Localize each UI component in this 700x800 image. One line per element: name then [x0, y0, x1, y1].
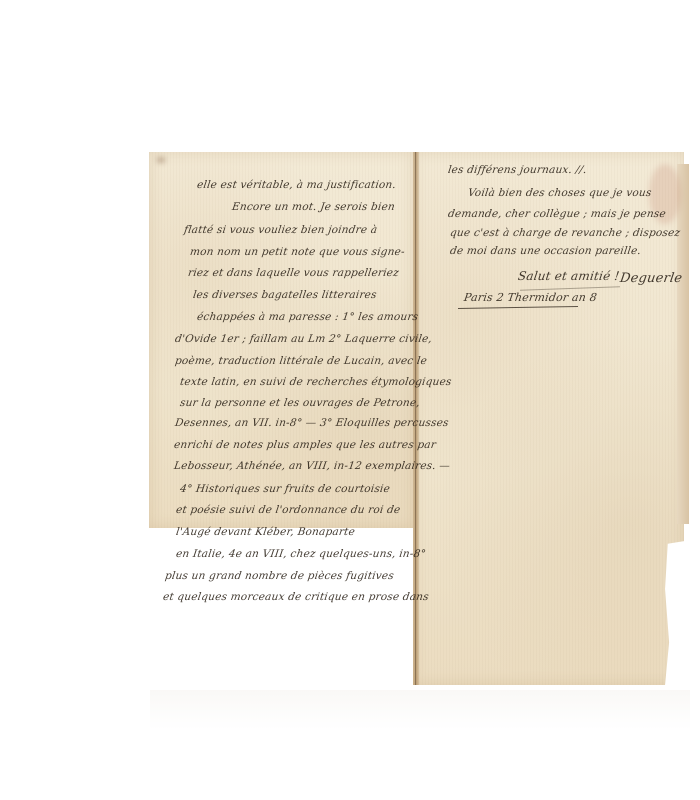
left-line-2: Encore un mot. Je serois bien — [231, 202, 395, 213]
left-line-18: en Italie, 4e an VIII, chez quelques-uns… — [175, 549, 426, 560]
left-line-20: et quelques morceaux de critique en pros… — [162, 592, 429, 603]
left-line-12: Desennes, an VII. in-8° — 3° Eloquilles … — [174, 418, 449, 429]
left-line-13: enrichi de notes plus amples que les aut… — [173, 440, 436, 451]
right-line-2: Voilà bien des choses que je vous — [467, 188, 652, 199]
left-line-3: flatté si vous vouliez bien joindre à — [183, 225, 378, 236]
left-line-6: les diverses bagatelles litteraires — [192, 290, 377, 301]
left-line-7: échappées à ma paresse : 1° les amours — [196, 312, 419, 323]
left-line-9: poème, traduction littérale de Lucain, a… — [174, 356, 427, 367]
signature: Deguerle — [619, 272, 683, 285]
left-line-19: plus un grand nombre de pièces fugitives — [164, 571, 394, 582]
left-line-16: et poésie suivi de l'ordonnance du roi d… — [175, 505, 401, 516]
bleed-through-shadow — [150, 690, 690, 730]
closing-salutation: Salut et amitié ! — [517, 270, 620, 282]
paper-edge-strip — [677, 164, 689, 524]
right-line-1: les différens journaux. //. — [447, 165, 587, 176]
left-line-5: riez et dans laquelle vous rappelleriez — [187, 268, 399, 279]
left-line-15: 4° Historiques sur fruits de courtoisie — [179, 484, 390, 495]
dateline: Paris 2 Thermidor an 8 — [463, 292, 598, 303]
right-line-5: de moi dans une occasion pareille. — [449, 246, 641, 257]
left-line-17: l'Augé devant Kléber, Bonaparte — [175, 527, 355, 538]
left-line-4: mon nom un petit note que vous signe- — [189, 247, 405, 258]
right-line-3: demande, cher collègue ; mais je pense — [447, 209, 666, 220]
left-line-11: sur la personne et les ouvrages de Petro… — [179, 398, 420, 409]
ink-speck — [157, 158, 165, 162]
left-line-1: elle est véritable, à ma justification. — [196, 180, 396, 191]
right-line-4: que c'est à charge de revanche ; dispose… — [449, 228, 681, 239]
left-line-8: d'Ovide 1er ; faillam au Lm 2° Laquerre … — [174, 334, 432, 345]
left-line-10: texte latin, en suivi de recherches étym… — [179, 377, 452, 388]
left-line-14: Lebosseur, Athénée, an VIII, in-12 exemp… — [173, 461, 450, 472]
